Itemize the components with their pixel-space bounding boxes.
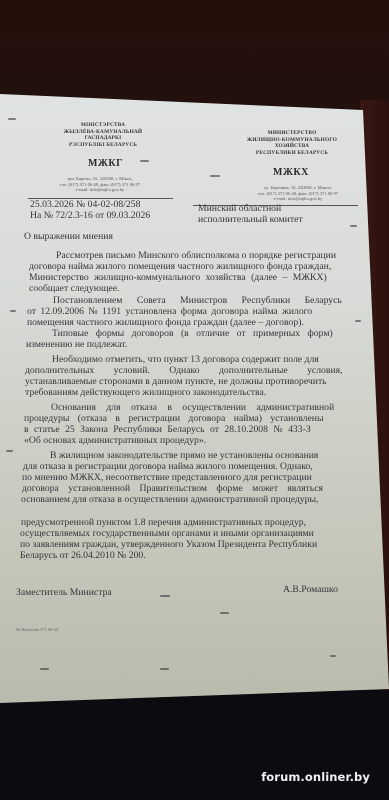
- body-line: по заявлениям граждан, утвержденного Ука…: [20, 539, 317, 550]
- body-line: Министерство жилищно-коммунального хозяй…: [29, 272, 327, 283]
- body-line: помещения частного жилищного фонда гражд…: [27, 317, 304, 328]
- letterhead-left-line: РЭСПУБЛІКІ БЕЛАРУСЬ: [53, 142, 153, 149]
- body-line: Типовые формы договоров (в отличие от пр…: [52, 328, 333, 339]
- scan-speck: [6, 450, 13, 452]
- scan-speck: [355, 320, 361, 322]
- letterhead-left-ministry: МІНІСТЭРСТВА ЖЫЛЛЁВА-КАМУНАЛЬНАЙ ГАСПАДА…: [53, 122, 153, 148]
- body-line: требованиям действующего жилищного закон…: [25, 387, 266, 398]
- scan-speck: [140, 160, 149, 162]
- letterhead-right-address: ул. Березина, 16, 220030, г. Минск, тел.…: [228, 185, 368, 202]
- letterhead-right-line: МИНИСТЕРСТВО: [242, 130, 342, 137]
- scan-speck: [160, 595, 170, 597]
- body-line: устанавливаемые сторонами в данном пункт…: [25, 376, 327, 387]
- scan-speck: [40, 668, 49, 670]
- scan-speck: [220, 612, 229, 614]
- scan-speck: [210, 175, 220, 177]
- body-line: Рассмотрев письмо Минского облисполкома …: [56, 250, 336, 261]
- scan-speck: [330, 655, 336, 657]
- body-line: изменению не подлежат.: [26, 339, 127, 350]
- reply-to-reference: На № 72/2.3-16 от 09.03.2026: [30, 210, 150, 221]
- body-line: дополнительных условий. Однако дополните…: [25, 365, 343, 376]
- body-line: предусмотренной пунктом 1.8 перечня адми…: [21, 517, 306, 528]
- body-line: Основания для отказа в осуществлении адм…: [51, 402, 334, 413]
- outgoing-date-number: 25.03.2026 № 04-02-08/258: [30, 199, 140, 210]
- body-line: для отказа в регистрации договора найма …: [23, 461, 313, 472]
- body-line: Постановлением Совета Министров Республи…: [53, 295, 342, 306]
- body-line: основанием для отказа в осуществлении ад…: [21, 494, 318, 505]
- executor-note: 04 Якушова 371 06 60: [16, 627, 58, 632]
- subject: О выражении мнения: [24, 231, 113, 242]
- body-line: договора установленной Правительством фо…: [22, 483, 323, 494]
- watermark: forum.onliner.by: [261, 770, 370, 784]
- body-line: сообщает следующее.: [29, 283, 119, 294]
- body-line: «Об основах административных процедур».: [24, 435, 206, 446]
- document-paper: МІНІСТЭРСТВА ЖЫЛЛЁВА-КАМУНАЛЬНАЙ ГАСПАДА…: [0, 0, 389, 800]
- address-line: e-mail: info@mjkx.gov.by: [228, 196, 368, 202]
- letterhead-right-line: РЕСПУБЛИКИ БЕЛАРУСЬ: [242, 150, 342, 157]
- letterhead-right-ministry: МИНИСТЕРСТВО ЖИЛИЩНО-КОММУНАЛЬНОГО ХОЗЯЙ…: [242, 130, 342, 156]
- letter: МІНІСТЭРСТВА ЖЫЛЛЁВА-КАМУНАЛЬНАЙ ГАСПАДА…: [0, 0, 389, 800]
- body-line: В жилищном законодательстве прямо не уст…: [50, 450, 318, 461]
- scan-speck: [8, 118, 16, 120]
- letterhead-left-line: ЖЫЛЛЁВА-КАМУНАЛЬНАЙ: [53, 129, 153, 136]
- signature-position: Заместитель Министра: [16, 587, 112, 598]
- body-line: осуществляемых государственными органами…: [20, 528, 314, 539]
- body-line: процедуры (отказа в регистрации договора…: [24, 413, 323, 424]
- body-line: в статье 25 Закона Республики Беларусь о…: [24, 424, 311, 435]
- body-line: по мнению МЖКХ, несоответствие представл…: [22, 472, 312, 483]
- letterhead-left-line: ГАСПАДАРКІ: [53, 135, 153, 142]
- body-line: от 12.09.2006 № 1191 установлена форма д…: [27, 306, 312, 317]
- addressee-line-2: исполнительный комитет: [198, 214, 303, 225]
- letterhead-left-line: МІНІСТЭРСТВА: [53, 122, 153, 129]
- letterhead-right-line: ХОЗЯЙСТВА: [242, 143, 342, 150]
- address-line: e-mail: info@mjkx.gov.by: [30, 187, 170, 193]
- body-line: Беларусь от 26.04.2010 № 200.: [20, 550, 146, 561]
- scan-speck: [10, 310, 16, 312]
- letterhead-left-abbreviation: МЖКГ: [88, 158, 123, 169]
- scan-speck: [350, 225, 357, 227]
- letterhead-right-abbreviation: МЖКХ: [273, 167, 309, 178]
- body-line: договора найма жилого помещения частного…: [29, 261, 331, 272]
- body-line: Необходимо отметить, что пункт 13 догово…: [52, 354, 319, 365]
- scan-speck: [160, 668, 169, 670]
- addressee-line-1: Минский областной: [198, 203, 281, 214]
- letterhead-left-address: вул. Бярозы, 16, 220030, г. Мінск, тэл. …: [30, 176, 170, 193]
- signature-name: А.В.Ромашко: [283, 584, 338, 595]
